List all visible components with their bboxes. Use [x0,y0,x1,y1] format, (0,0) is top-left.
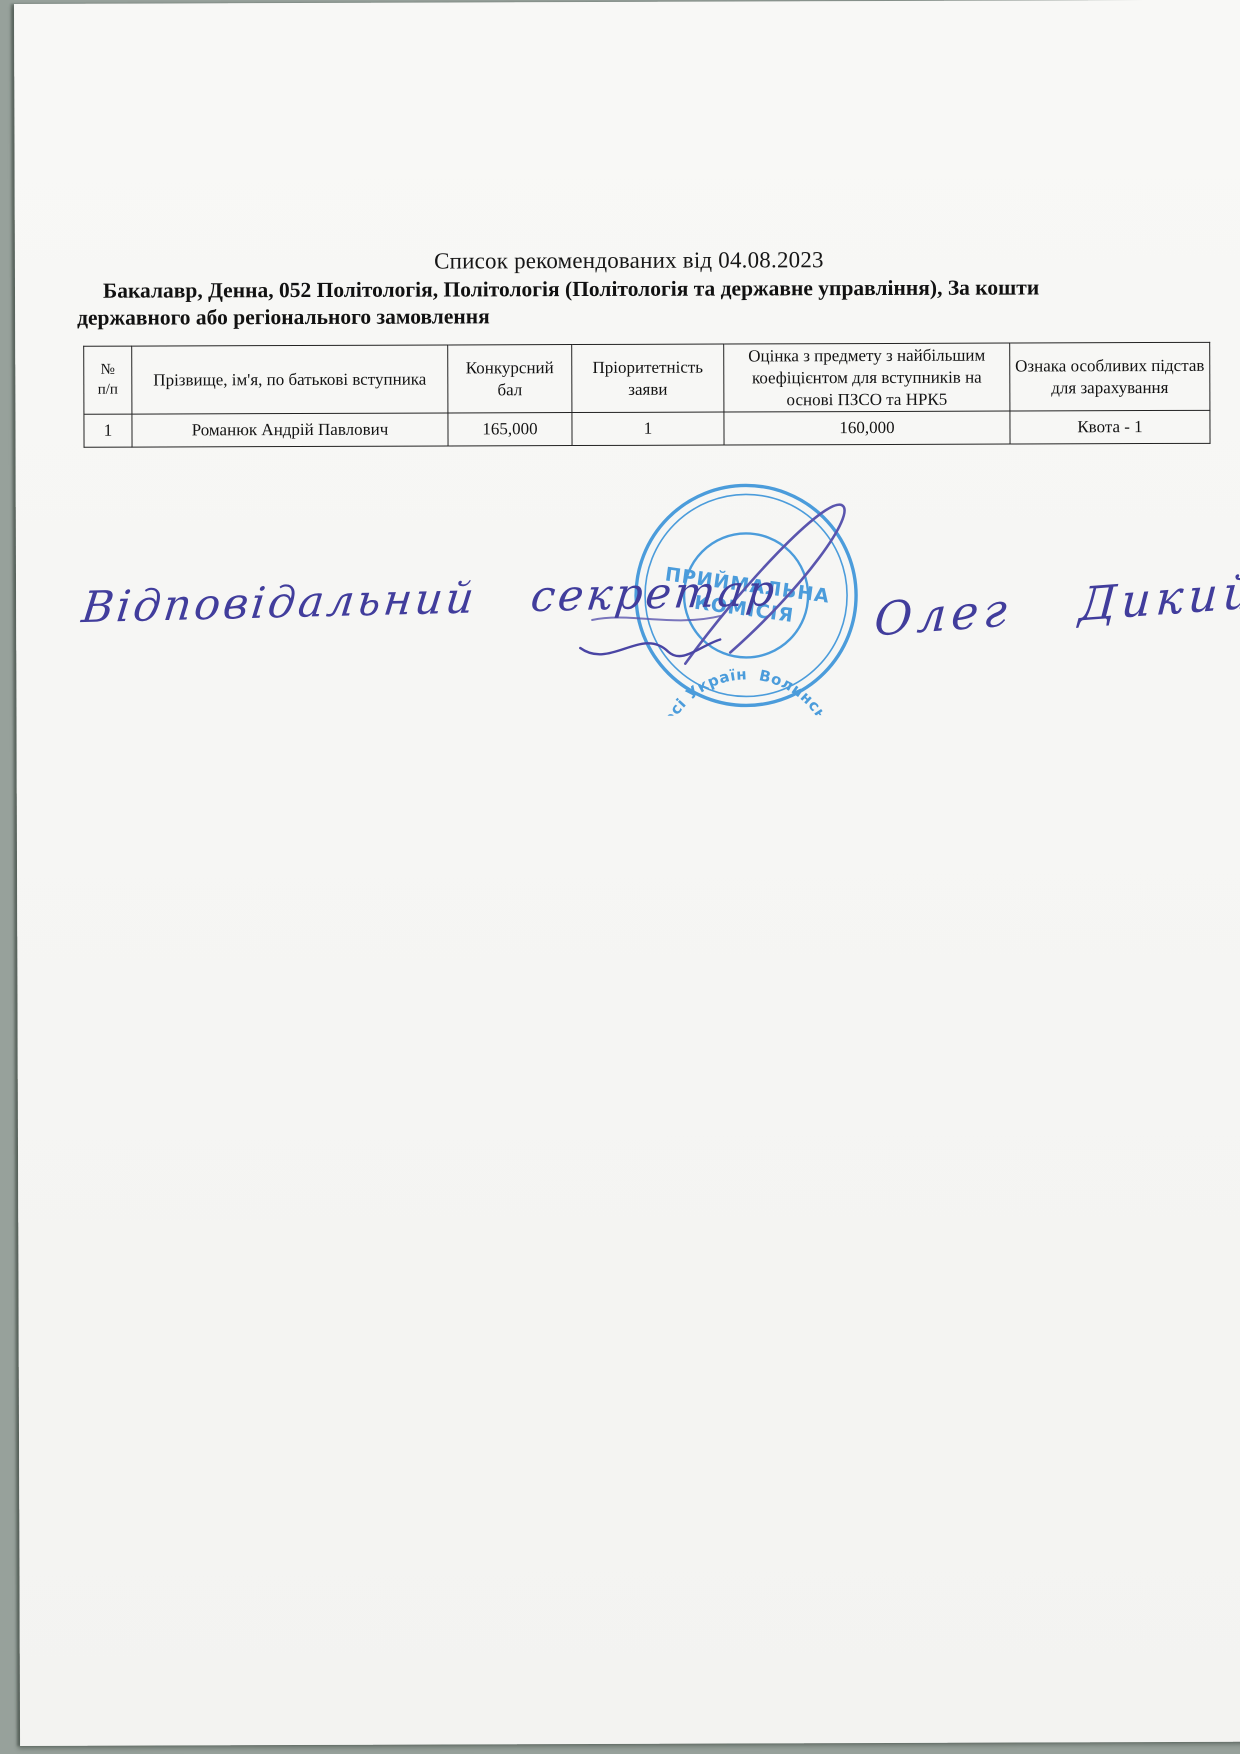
applicants-table: № п/п Прізвище, ім'я, по батькові вступн… [83,342,1210,448]
header-applicant-name: Прізвище, ім'я, по батькові вступника [132,345,448,414]
cell-competition-score: 165,000 [448,413,572,446]
header-priority: Пріоритетність заяви [572,344,724,413]
cell-subject-score: 160,000 [724,411,1010,445]
table-row: 1 Романюк Андрій Павлович 165,000 1 160,… [84,411,1210,448]
cell-applicant-name: Романюк Андрій Павлович [132,413,448,447]
document-subtitle: Бакалавр, Денна, 052 Політологія, Політо… [77,274,1137,332]
document-subtitle-line1: Бакалавр, Денна, 052 Політологія, Політо… [77,274,1137,305]
cell-special-grounds: Квота - 1 [1010,411,1210,445]
handwritten-name: Олег Дикий [873,564,1240,647]
header-competition-score: Конкурсний бал [448,345,572,414]
cell-priority: 1 [572,412,724,446]
document-title: Список рекомендованих від 04.08.2023 [15,246,1240,276]
header-special-grounds: Ознака особливих підстав для зарахування [1010,342,1210,411]
cell-number: 1 [84,414,132,447]
table-header-row: № п/п Прізвище, ім'я, по батькові вступн… [84,342,1210,414]
header-subject-score: Оцінка з предмету з найбільшим коефіцієн… [724,343,1010,412]
document-page: Список рекомендованих від 04.08.2023 Бак… [14,0,1240,1746]
document-subtitle-line2: державного або регіонального замовлення [77,301,1137,332]
header-number: № п/п [84,346,132,414]
